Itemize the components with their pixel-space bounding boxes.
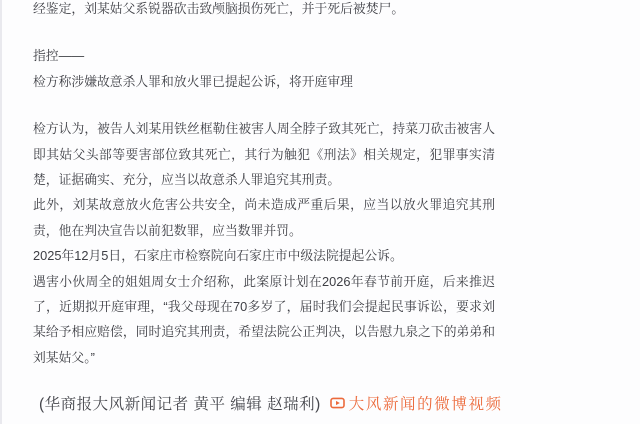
paragraph-prosecution-opinion: 检方认为，被告人刘某用铁丝框勒住被害人周全脖子致其死亡，持菜刀砍击被害人即其姑父… — [33, 116, 495, 192]
article-body: 经鉴定，刘某姑父系锐器砍击致颅脑损伤死亡，并于死后被焚尸。 指控—— 检方称涉嫌… — [33, 0, 495, 414]
left-edge-shadow — [0, 0, 2, 424]
paragraph-arson-charge: 此外，刘某故意放火危害公共安全，尚未造成严重后果，应当以放火罪追究其刑责，他在判… — [33, 192, 495, 243]
paragraph-autopsy-finding: 经鉴定，刘某姑父系锐器砍击致颅脑损伤死亡，并于死后被焚尸。 — [33, 0, 495, 21]
news-article-page: { "page": { "background": "#fdfdfe", "te… — [0, 0, 640, 424]
paragraph-family-statement: 遇害小伙周全的姐姐周女士介绍称，此案原计划在2026年春节前开庭，后来推迟了，近… — [33, 269, 495, 371]
footer: (华商报大风新闻记者 黄平 编辑 赵瑞利) 大风新闻的微博视频 — [33, 392, 495, 414]
weibo-video-icon — [330, 397, 345, 409]
byline: (华商报大风新闻记者 黄平 编辑 赵瑞利) — [39, 392, 321, 414]
weibo-video-link[interactable]: 大风新闻的微博视频 — [330, 392, 503, 414]
video-link-label: 大风新闻的微博视频 — [349, 392, 503, 414]
paragraph-charges-summary: 检方称涉嫌故意杀人罪和放火罪已提起公诉，将开庭审理 — [33, 69, 495, 94]
paragraph-indictment-heading: 指控—— — [33, 43, 495, 68]
paragraph-prosecution-date: 2025年12月5日，石家庄市检察院向石家庄市中级法院提起公诉。 — [33, 243, 495, 268]
